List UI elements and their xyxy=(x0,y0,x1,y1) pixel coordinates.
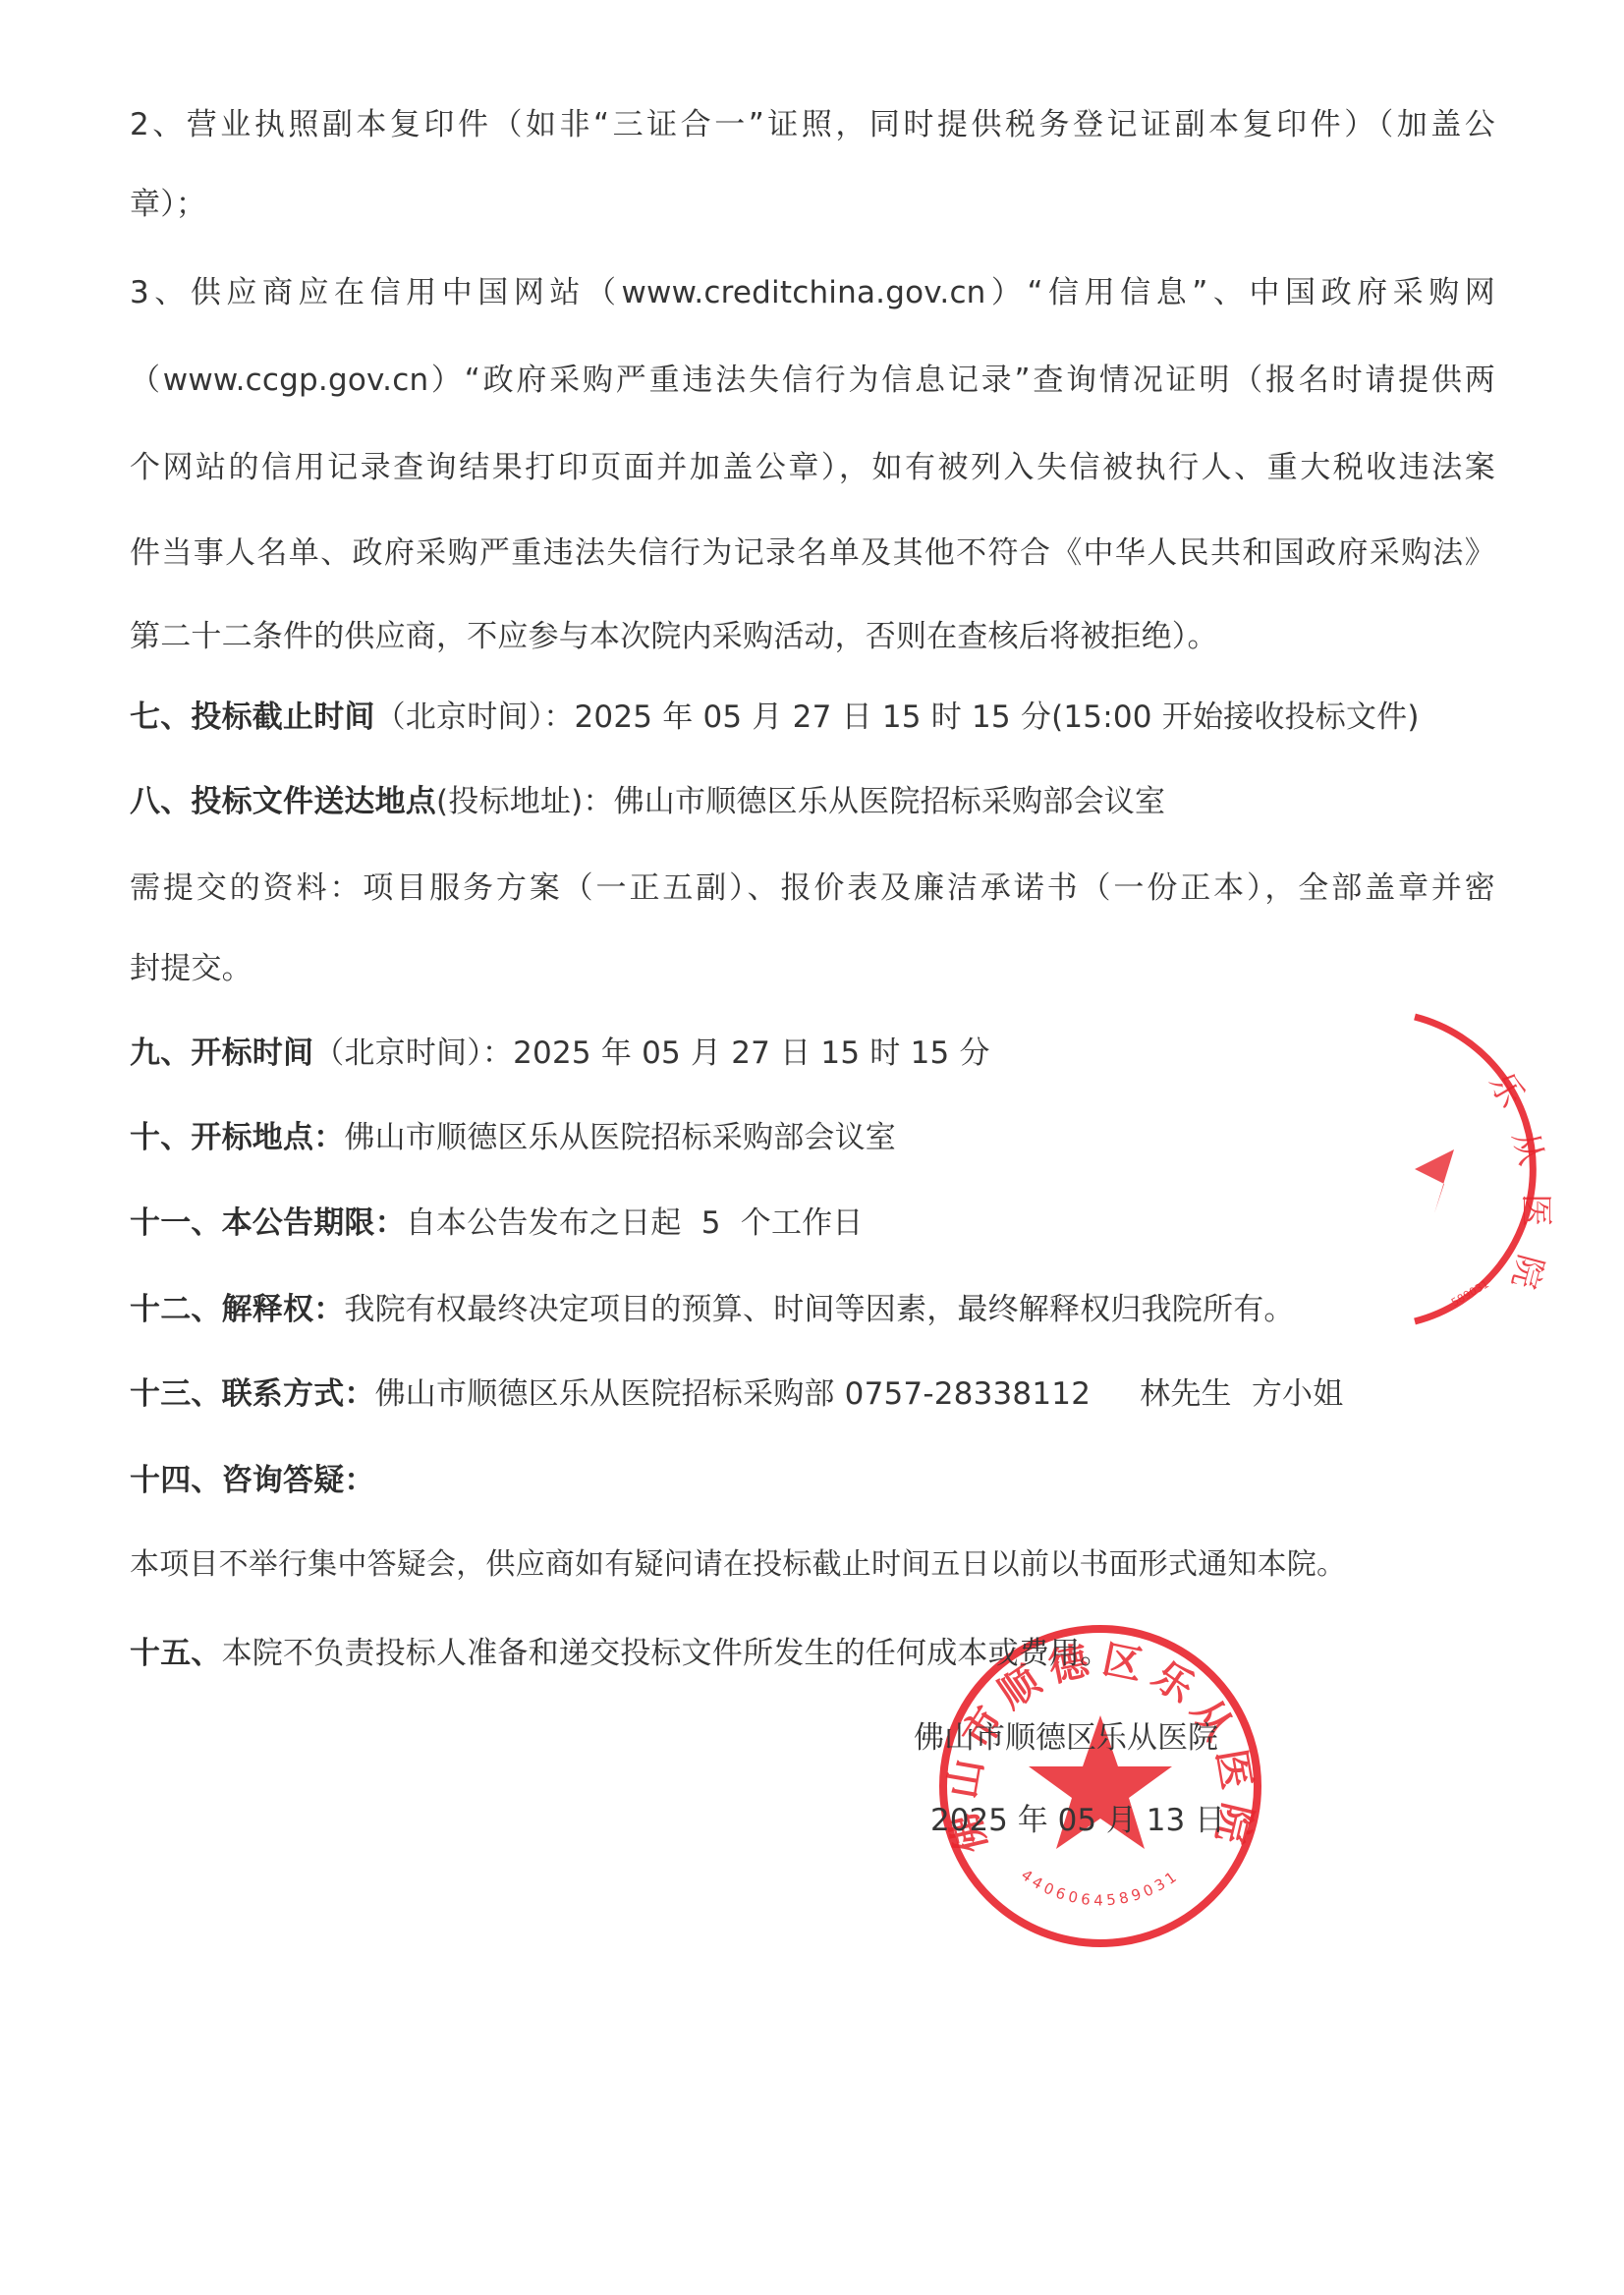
section-cost: 十五、本院不负责投标人准备和递交投标文件所发生的任何成本或费用。 xyxy=(130,1634,1110,1673)
section-opening-place-text: 佛山市顺德区乐从医院招标采购部会议室 xyxy=(344,1120,896,1155)
section-cost-label: 十五、 xyxy=(130,1636,222,1671)
requirement-3-line-3: 个网站的信用记录查询结果打印页面并加盖公章），如有被列入失信被执行人、重大税收违… xyxy=(130,448,1495,487)
partial-seal-icon: 乐 从 医 院 589031 xyxy=(1395,1012,1592,1326)
requirement-2-line-1: 2、营业执照副本复印件（如非“三证合一”证照，同时提供税务登记证副本复印件）（加… xyxy=(130,105,1495,144)
section-cost-text: 本院不负责投标人准备和递交投标文件所发生的任何成本或费用。 xyxy=(222,1636,1111,1671)
requirement-2-line-2: 章）； xyxy=(130,185,206,224)
requirement-3-line-2: （www.ccgp.gov.cn）“政府采购严重违法失信行为信息记录”查询情况证… xyxy=(130,361,1495,400)
section-opening-time: 九、开标时间（北京时间）：2025 年 05 月 27 日 15 时 15 分 xyxy=(130,1034,990,1073)
section-deadline-label: 七、投标截止时间 xyxy=(130,700,375,735)
section-delivery: 八、投标文件送达地点(投标地址)：佛山市顺德区乐从医院招标采购部会议室 xyxy=(130,782,1165,821)
section-opening-place-label: 十、开标地点： xyxy=(130,1120,344,1155)
requirement-3-line-4: 件当事人名单、政府采购严重违法失信行为记录名单及其他不符合《中华人民共和国政府采… xyxy=(130,533,1495,573)
section-materials-line-2: 封提交。 xyxy=(130,949,252,988)
requirement-3-line-5: 第二十二条件的供应商，不应参与本次院内采购活动，否则在查核后将被拒绝）。 xyxy=(130,617,1218,656)
section-opening-time-label: 九、开标时间 xyxy=(130,1036,313,1071)
section-interpretation-label: 十二、解释权： xyxy=(130,1292,344,1327)
svg-text:从: 从 xyxy=(1504,1127,1550,1169)
signature-date: 2025 年 05 月 13 日 xyxy=(930,1801,1225,1840)
section-contact-label: 十三、联系方式： xyxy=(130,1376,375,1412)
section-materials-line-1: 需提交的资料：项目服务方案（一正五副）、报价表及廉洁承诺书（一份正本），全部盖章… xyxy=(130,868,1495,908)
partial-seal: 乐 从 医 院 589031 xyxy=(1395,1012,1592,1326)
section-opening-time-text: （北京时间）：2025 年 05 月 27 日 15 时 15 分 xyxy=(313,1036,989,1071)
section-qa-label: 十四、咨询答疑： xyxy=(130,1463,375,1498)
section-period-label: 十一、本公告期限： xyxy=(130,1205,406,1241)
signature-organization: 佛山市顺德区乐从医院 xyxy=(914,1718,1218,1758)
svg-text:589031: 589031 xyxy=(1449,1277,1491,1309)
section-opening-place: 十、开标地点：佛山市顺德区乐从医院招标采购部会议室 xyxy=(130,1118,896,1157)
section-delivery-text: (投标地址)：佛山市顺德区乐从医院招标采购部会议室 xyxy=(436,784,1165,819)
svg-text:医: 医 xyxy=(1516,1194,1555,1227)
section-deadline: 七、投标截止时间（北京时间）：2025 年 05 月 27 日 15 时 15 … xyxy=(130,698,1420,737)
section-interpretation-text: 我院有权最终决定项目的预算、时间等因素，最终解释权归我院所有。 xyxy=(344,1292,1294,1327)
section-qa: 十四、咨询答疑： xyxy=(130,1461,375,1500)
section-delivery-label: 八、投标文件送达地点 xyxy=(130,784,436,819)
section-interpretation: 十二、解释权：我院有权最终决定项目的预算、时间等因素，最终解释权归我院所有。 xyxy=(130,1290,1295,1329)
section-deadline-text: （北京时间）：2025 年 05 月 27 日 15 时 15 分(15:00 … xyxy=(375,700,1420,735)
section-period-text: 自本公告发布之日起 5 个工作日 xyxy=(406,1205,864,1241)
svg-text:院: 院 xyxy=(1504,1251,1550,1293)
svg-text:乐: 乐 xyxy=(1481,1066,1532,1115)
document-page: 2、营业执照副本复印件（如非“三证合一”证照，同时提供税务登记证副本复印件）（加… xyxy=(0,0,1624,2295)
section-qa-text: 本项目不举行集中答疑会，供应商如有疑问请在投标截止时间五日以前以书面形式通知本院… xyxy=(130,1545,1346,1585)
requirement-3-line-1: 3、供应商应在信用中国网站（www.creditchina.gov.cn）“信用… xyxy=(130,273,1495,312)
section-period: 十一、本公告期限：自本公告发布之日起 5 个工作日 xyxy=(130,1203,864,1243)
section-contact-persons: 林先生 方小姐 xyxy=(1140,1376,1343,1412)
section-contact-text: 佛山市顺德区乐从医院招标采购部 0757-28338112 xyxy=(375,1376,1092,1412)
svg-text:4406064589031: 4406064589031 xyxy=(1018,1866,1183,1909)
section-contact: 十三、联系方式：佛山市顺德区乐从医院招标采购部 0757-28338112林先生… xyxy=(130,1374,1343,1414)
